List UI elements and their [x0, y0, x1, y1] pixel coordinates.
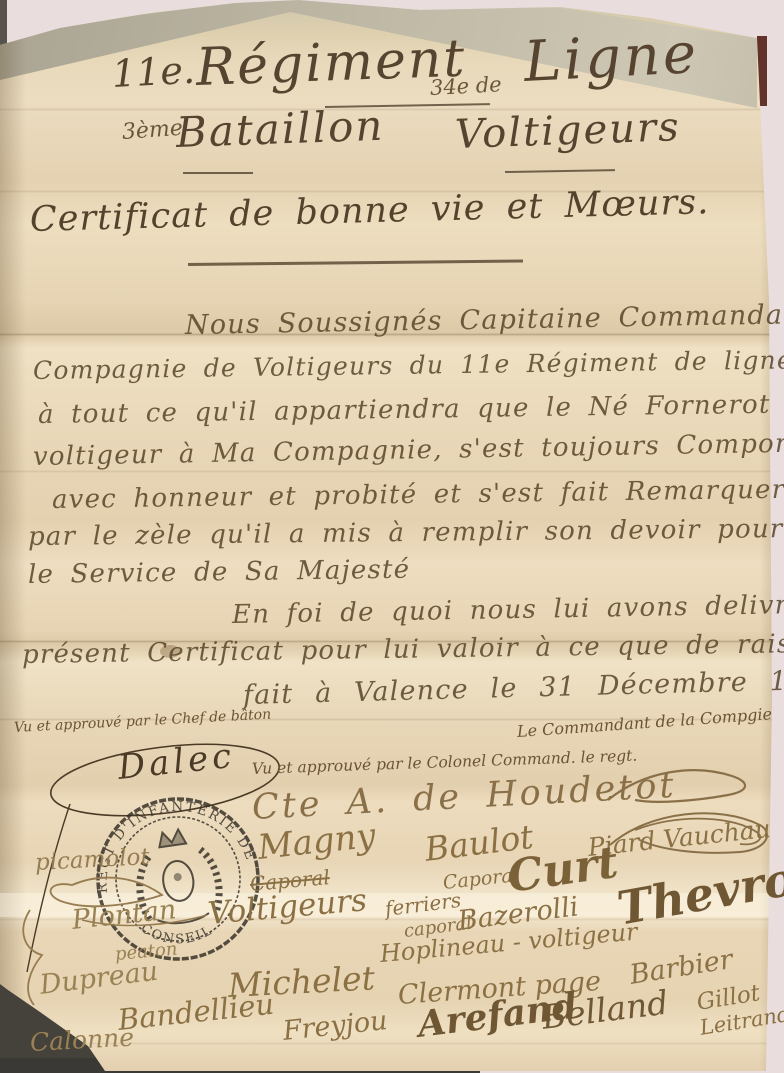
signature: Calonne	[29, 1023, 134, 1057]
body-line: le Service de Sa Majesté	[28, 555, 411, 590]
regiment-title: Régiment	[195, 29, 467, 98]
regiment-ligne: Ligne	[522, 21, 700, 95]
scanned-document: 11e. Régiment 34e de Ligne 3ème Bataillo…	[0, 0, 784, 1073]
unit-voltigeurs: Voltigeurs	[454, 104, 681, 158]
regiment-insert: 34e de	[429, 72, 502, 100]
battalion-title: Bataillon	[175, 101, 385, 157]
underline-bataillon	[183, 172, 253, 174]
regiment-number: 11e.	[111, 48, 196, 96]
battalion-number: 3ème	[121, 116, 184, 145]
